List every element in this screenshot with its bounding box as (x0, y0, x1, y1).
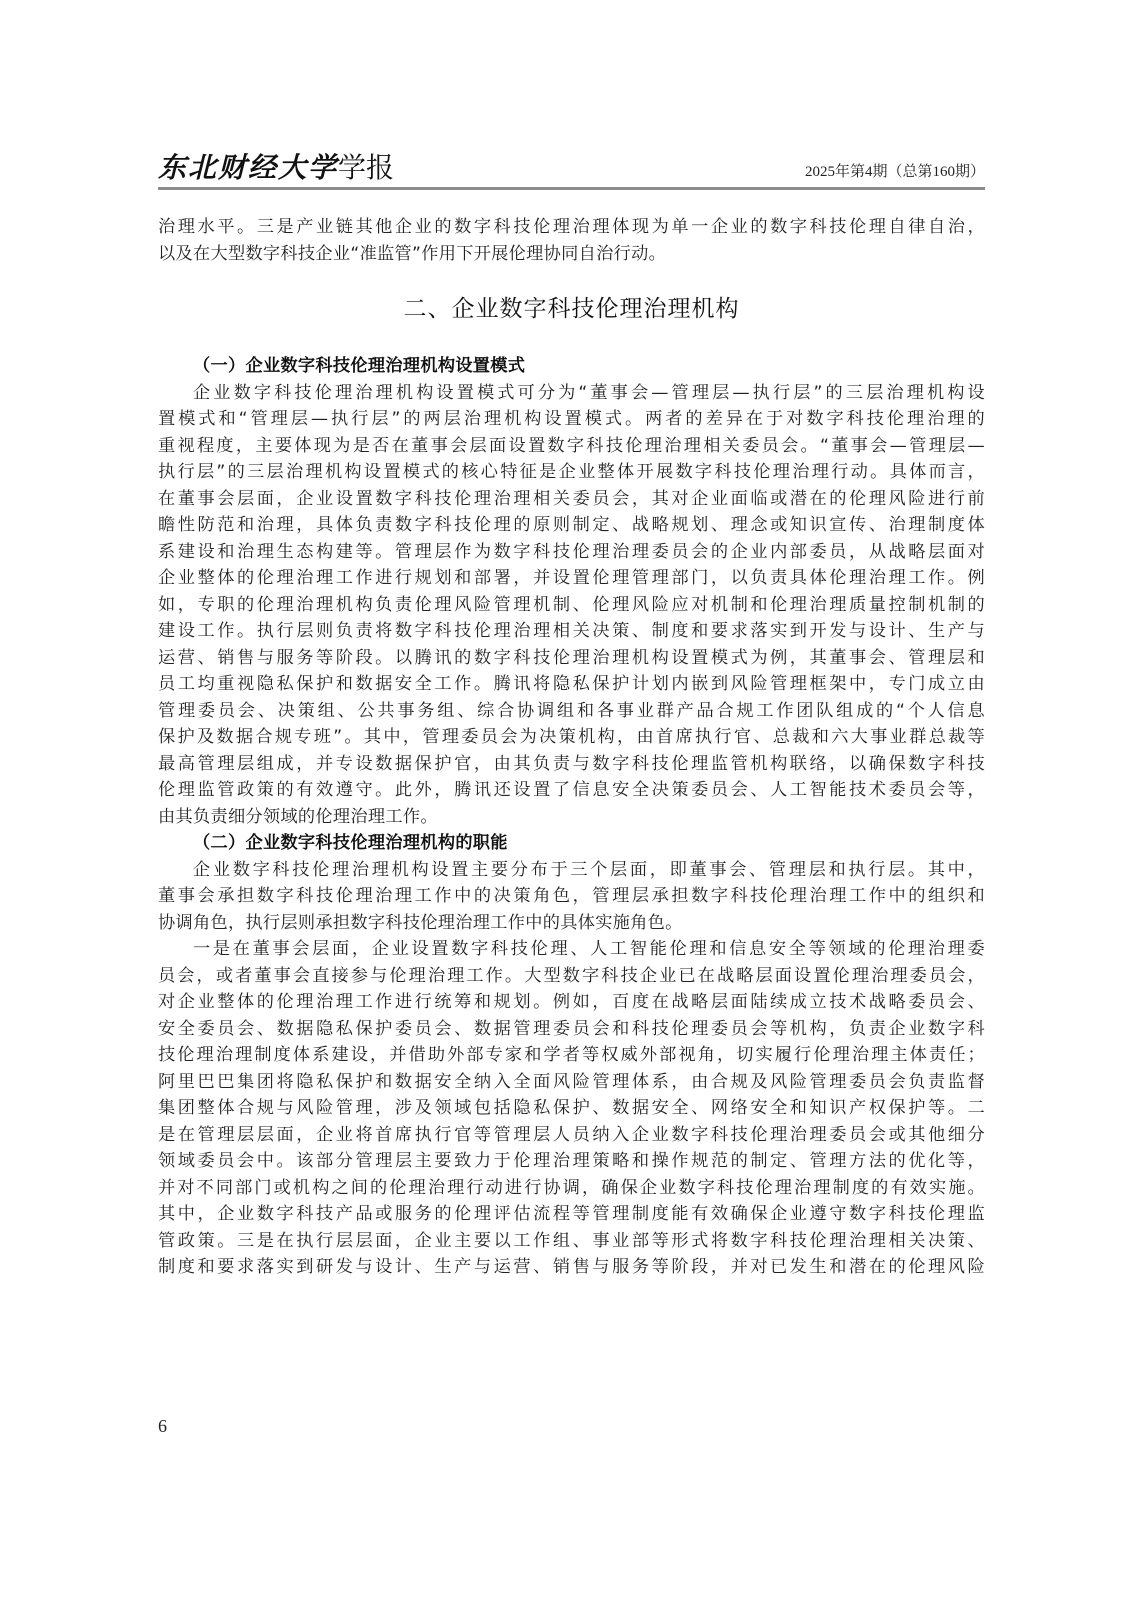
journal-name: 东北财经大学学报 (158, 152, 394, 184)
text-line: 治理水平。三是产业链其他企业的数字科技伦理治理体现为单一企业的数字科技伦理自律自… (158, 214, 985, 241)
page-number: 6 (158, 1414, 167, 1438)
text-line: 瞻性防范和治理，具体负责数字科技伦理的原则制定、战略规划、理念或知识宣传、治理制… (158, 512, 985, 539)
issue-info: 2025年第4期（总第160期） (805, 162, 985, 182)
text-line: 领域委员会中。该部分管理层主要致力于伦理治理策略和操作规范的制定、管理方法的优化… (158, 1148, 985, 1175)
subsection-1: （一）企业数字科技伦理治理机构设置模式 企业数字科技伦理治理机构设置模式可分为“… (158, 353, 985, 1281)
text-line: 管理委员会、决策组、公共事务组、综合协调组和各事业群产品合规工作团队组成的“个人… (158, 698, 985, 725)
text-line: 并对不同部门或机构之间的伦理治理行动进行协调，确保企业数字科技伦理治理制度的有效… (158, 1175, 985, 1202)
text-line: 伦理监管政策的有效遵守。此外，腾讯还设置了信息安全决策委员会、人工智能技术委员会… (158, 777, 985, 804)
text-line: 是在管理层层面，企业将首席执行官等管理层人员纳入企业数字科技伦理治理委员会或其他… (158, 1122, 985, 1149)
text-line: 员会，或者董事会直接参与伦理治理工作。大型数字科技企业已在战略层面设置伦理治理委… (158, 963, 985, 990)
section-title: 二、企业数字科技伦理治理机构 (158, 293, 985, 325)
text-line: 保护及数据合规专班”。其中，管理委员会为决策机构，由首席执行官、总裁和六大事业群… (158, 724, 985, 751)
text-line: 企业数字科技伦理治理机构设置模式可分为“董事会—管理层—执行层”的三层治理机构设 (158, 380, 985, 407)
text-line: 运营、销售与服务等阶段。以腾讯的数字科技伦理治理机构设置模式为例，其董事会、管理… (158, 645, 985, 672)
text-line: 由其负责细分领域的伦理治理工作。 (158, 804, 985, 831)
text-line: 企业整体的伦理治理工作进行规划和部署，并设置伦理管理部门，以负责具体伦理治理工作… (158, 565, 985, 592)
text-line: 制度和要求落实到研发与设计、生产与运营、销售与服务等阶段，并对已发生和潜在的伦理… (158, 1254, 985, 1281)
text-line: 企业数字科技伦理治理机构设置主要分布于三个层面，即董事会、管理层和执行层。其中， (158, 857, 985, 884)
running-header: 东北财经大学学报 2025年第4期（总第160期） (158, 150, 985, 186)
text-line: 对企业整体的伦理治理工作进行统筹和规划。例如，百度在战略层面陆续成立技术战略委员… (158, 989, 985, 1016)
subsection-heading: （二）企业数字科技伦理治理机构的职能 (158, 830, 985, 857)
text-line: 集团整体合规与风险管理，涉及领域包括隐私保护、数据安全、网络安全和知识产权保护等… (158, 1095, 985, 1122)
text-line: 安全委员会、数据隐私保护委员会、数据管理委员会和科技伦理委员会等机构，负责企业数… (158, 1016, 985, 1043)
text-line: 执行层”的三层治理机构设置模式的核心特征是企业整体开展数字科技伦理治理行动。具体… (158, 459, 985, 486)
text-line: 在董事会层面，企业设置数字科技伦理治理相关委员会，其对企业面临或潜在的伦理风险进… (158, 486, 985, 513)
text-line: 系建设和治理生态构建等。管理层作为数字科技伦理治理委员会的企业内部委员，从战略层… (158, 539, 985, 566)
text-line: 最高管理层组成，并专设数据保护官，由其负责与数字科技伦理监管机构联络，以确保数字… (158, 751, 985, 778)
text-line: 置模式和“管理层—执行层”的两层治理机构设置模式。两者的差异在于对数字科技伦理治… (158, 406, 985, 433)
text-line: 技伦理治理制度体系建设，并借助外部专家和学者等权威外部视角，切实履行伦理治理主体… (158, 1042, 985, 1069)
text-line: 一是在董事会层面，企业设置数字科技伦理、人工智能伦理和信息安全等领域的伦理治理委 (158, 936, 985, 963)
journal-name-calligraphy: 东北财经大学 (158, 151, 338, 184)
text-line: 阿里巴巴集团将隐私保护和数据安全纳入全面风险管理体系，由合规及风险管理委员会负责… (158, 1069, 985, 1096)
text-line: 董事会承担数字科技伦理治理工作中的决策角色，管理层承担数字科技伦理治理工作中的组… (158, 883, 985, 910)
text-line: 重视程度，主要体现为是否在董事会层面设置数字科技伦理治理相关委员会。“董事会—管… (158, 433, 985, 460)
text-line: 管政策。三是在执行层层面，企业主要以工作组、事业部等形式将数字科技伦理治理相关决… (158, 1228, 985, 1255)
text-line: 如，专职的伦理治理机构负责伦理风险管理机制、伦理风险应对机制和伦理治理质量控制机… (158, 592, 985, 619)
text-line: 以及在大型数字科技企业“准监管”作用下开展伦理协同自治行动。 (158, 241, 985, 268)
text-line: 建设工作。执行层则负责将数字科技伦理治理相关决策、制度和要求落实到开发与设计、生… (158, 618, 985, 645)
intro-paragraph: 治理水平。三是产业链其他企业的数字科技伦理治理体现为单一企业的数字科技伦理自律自… (158, 214, 985, 267)
text-line: 员工均重视隐私保护和数据安全工作。腾讯将隐私保护计划内嵌到风险管理框架中，专门成… (158, 671, 985, 698)
text-line: 协调角色，执行层则承担数字科技伦理治理工作中的具体实施角色。 (158, 910, 985, 937)
header-rule (158, 187, 985, 190)
subsection-heading: （一）企业数字科技伦理治理机构设置模式 (158, 353, 985, 380)
journal-name-suffix: 学报 (338, 151, 394, 184)
text-line: 其中，企业数字科技产品或服务的伦理评估流程等管理制度能有效确保企业遵守数字科技伦… (158, 1201, 985, 1228)
